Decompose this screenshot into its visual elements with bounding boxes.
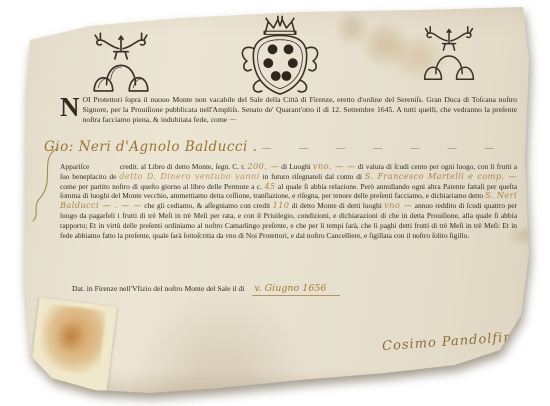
date-line: Dat. in Firenze nell'Vfizio del noſtro M… bbox=[72, 283, 502, 294]
printed-text: che gli cediamo, & aſſegniamo con credit bbox=[144, 201, 270, 210]
printed-text: di Luoghi bbox=[281, 162, 310, 171]
printed-text: in futuro riſegnateli dal conto di bbox=[263, 172, 362, 181]
handwritten-date: v. Giugno 1656 bbox=[252, 283, 340, 296]
printed-text: di detto Monte di detti luoghi bbox=[292, 201, 382, 210]
scanned-photo-background: N OI Protettori ſopra il nuouo Monte non… bbox=[0, 0, 550, 406]
handwritten-entry-luoghi: vno. — — bbox=[313, 161, 356, 171]
seal-wax-stain-dark bbox=[53, 318, 87, 355]
parchment-document: N OI Protettori ſopra il nuouo Monte non… bbox=[0, 0, 550, 406]
printed-text: Appariſce bbox=[60, 162, 89, 171]
handwritten-entry-ledger-number: 200. — bbox=[247, 161, 279, 171]
holder-name-line: Gio: Neri d'Agnolo Balducci . — — — — — … bbox=[44, 138, 518, 156]
parchment-shadow: N OI Protettori ſopra il nuouo Monte non… bbox=[0, 0, 550, 406]
handwritten-entry-conto: S. Francesco Martelli e comp. — bbox=[365, 171, 517, 181]
protettore-signature: Cosimo Pandolfini bbox=[382, 329, 533, 354]
printed-text: credit. al Libro di detto Monte, ſegn. C… bbox=[120, 162, 245, 171]
body-paragraph: Appariſce credit. al Libro di detto Mont… bbox=[60, 162, 517, 240]
handwritten-entry-credit: 110 bbox=[273, 200, 290, 210]
dateline-printed: Dat. in Firenze nell'Vfizio del noſtro M… bbox=[72, 284, 244, 293]
holder-name-handwritten: Gio: Neri d'Agnolo Balducci . bbox=[44, 139, 257, 155]
intro-paragraph: N OI Protettori ſopra il nuouo Monte non… bbox=[60, 95, 517, 125]
paper-wax-seal bbox=[29, 298, 117, 393]
medici-coat-of-arms-emblem bbox=[232, 14, 328, 106]
ruled-dashes: — — — — — — — bbox=[261, 143, 494, 154]
intro-pen-flourish: ⁓ bbox=[229, 115, 237, 124]
handwritten-entry-page: 45 bbox=[264, 181, 275, 191]
handwritten-entry-luoghi2: vno — bbox=[384, 200, 412, 210]
dropcap-letter: N bbox=[60, 95, 80, 119]
handwritten-entry-faded: detto D. Dinero ventuno vanni bbox=[119, 171, 260, 181]
printed-text: come per partito noſtro di queſto giorno… bbox=[60, 182, 262, 191]
monte-lily-emblem-left bbox=[84, 28, 158, 94]
intro-printed-text: OI Protettori ſopra il nuouo Monte non v… bbox=[83, 95, 518, 124]
monte-lily-emblem-right bbox=[416, 22, 482, 82]
